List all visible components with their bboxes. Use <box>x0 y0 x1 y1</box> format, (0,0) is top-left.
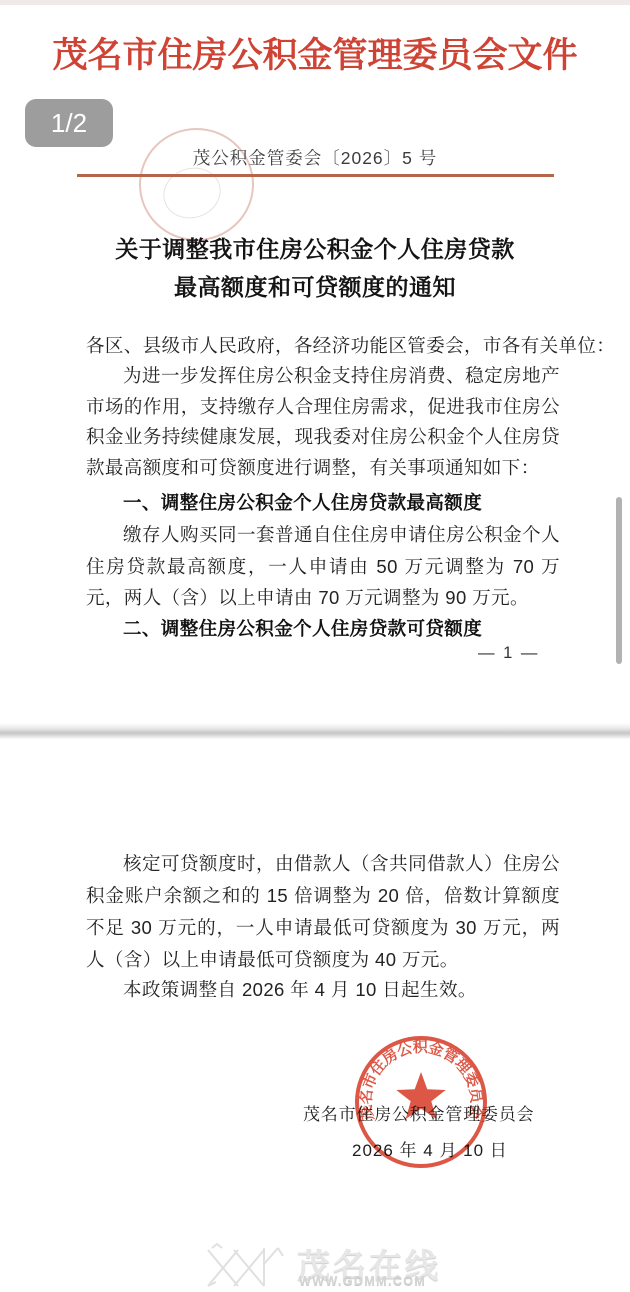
page-separator <box>0 723 630 739</box>
document-number: 茂公积金管委会〔2026〕5 号 <box>0 145 630 170</box>
intro-paragraph: 为进一步发挥住房公积金支持住房消费、稳定房地产市场的作用，支持缴存人合理住房需求… <box>86 361 560 483</box>
section-2-paragraph: 核定可贷额度时，由借款人（含共同借款人）住房公积金账户余额之和的 15 倍调整为… <box>86 848 560 976</box>
letterhead-divider-rule <box>77 174 554 177</box>
document-title-line1: 关于调整我市住房公积金个人住房贷款 <box>0 231 630 264</box>
effective-date-paragraph: 本政策调整自 2026 年 4 月 10 日起生效。 <box>86 975 560 1006</box>
document-image-viewer: 茂名市住房公积金管理委员会文件 1/2 茂公积金管委会〔2026〕5 号 关于调… <box>0 0 630 1292</box>
watermark-site-url: WWW.GDMM.COM <box>299 1274 426 1288</box>
watermark-logo-icon <box>204 1242 294 1290</box>
section-2-heading: 二、调整住房公积金个人住房贷款可贷额度 <box>86 615 560 641</box>
letterhead-title: 茂名市住房公积金管理委员会文件 <box>0 28 630 78</box>
section-1-paragraph: 缴存人购买同一套普通自住住房申请住房公积金个人住房贷款最高额度，一人申请由 50… <box>86 519 560 614</box>
page-number-footer: — 1 — <box>478 644 539 663</box>
scrollbar-thumb[interactable] <box>616 497 622 664</box>
seal-star-icon <box>396 1072 445 1119</box>
official-seal: 茂名市住房公积金管理委员会 <box>348 1026 496 1178</box>
document-title-line2: 最高额度和可贷额度的通知 <box>0 269 630 302</box>
salutation-line: 各区、县级市人民政府，各经济功能区管委会，市各有关单位： <box>86 331 560 362</box>
section-1-heading: 一、调整住房公积金个人住房贷款最高额度 <box>86 489 560 515</box>
page-indicator-badge: 1/2 <box>25 99 113 147</box>
top-edge-strip <box>0 0 630 5</box>
